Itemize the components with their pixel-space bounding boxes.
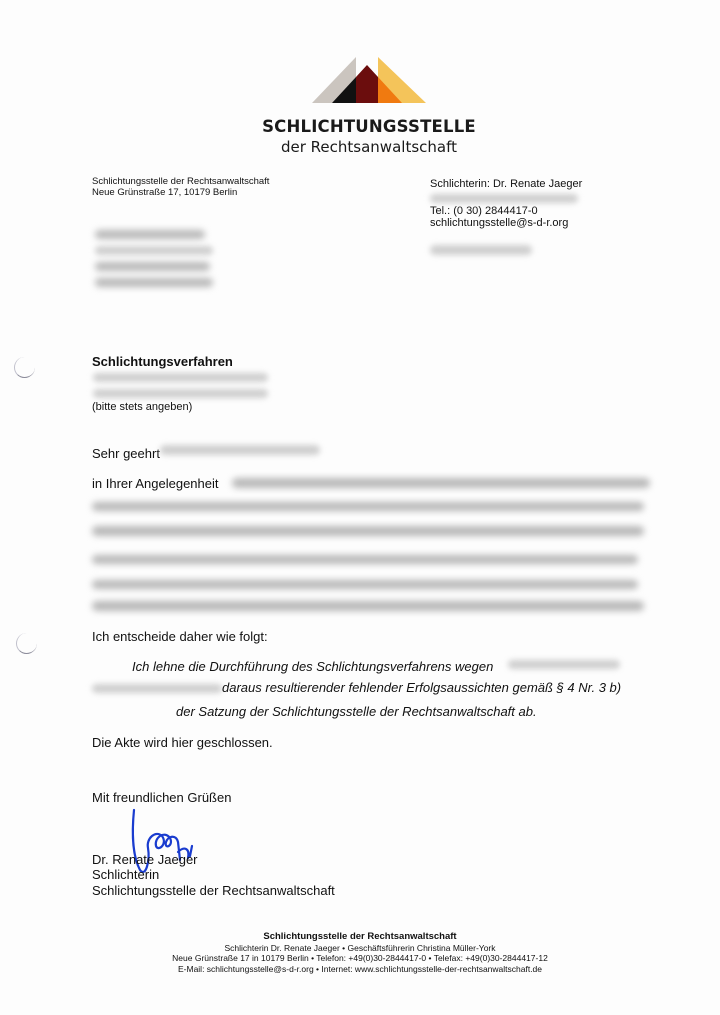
- redacted-paragraph: [232, 478, 650, 488]
- decision-line: Ich lehne die Durchführung des Schlichtu…: [132, 659, 493, 674]
- redacted-reason: [92, 684, 222, 693]
- redacted-recipient: [95, 246, 213, 255]
- redacted-recipient: [95, 230, 205, 239]
- redacted-name: [160, 445, 320, 455]
- decision-line: daraus resultierender fehlender Erfolgsa…: [222, 680, 621, 695]
- footer: Schlichtungsstelle der Rechtsanwaltschaf…: [0, 932, 720, 974]
- redacted-date: [430, 245, 532, 255]
- redacted-reference: [93, 389, 268, 398]
- reference-note: (bitte stets angeben): [92, 401, 192, 413]
- org-subtitle: der Rechtsanwaltschaft: [0, 138, 720, 156]
- footer-line: Neue Grünstraße 17 in 10179 Berlin • Tel…: [0, 953, 720, 964]
- salutation: Sehr geehrt: [92, 446, 160, 461]
- redacted-reference: [93, 373, 268, 382]
- footer-line: E-Mail: schlichtungsstelle@s-d-r.org • I…: [0, 964, 720, 975]
- mediator-name: Schlichterin: Dr. Renate Jaeger: [430, 178, 582, 191]
- sender-line: Neue Grünstraße 17, 10179 Berlin: [92, 187, 269, 198]
- subject-title: Schlichtungsverfahren: [92, 354, 233, 369]
- redacted-recipient: [95, 278, 213, 287]
- phone: Tel.: (0 30) 2844417-0: [430, 205, 582, 218]
- redacted-line: [430, 194, 578, 203]
- matter-intro: in Ihrer Angelegenheit: [92, 476, 218, 491]
- email: schlichtungsstelle@s-d-r.org: [430, 217, 582, 230]
- redacted-recipient: [95, 262, 210, 271]
- decision-line: der Satzung der Schlichtungsstelle der R…: [176, 704, 537, 719]
- punch-hole-mark-icon: [14, 357, 35, 378]
- decision-intro: Ich entscheide daher wie folgt:: [92, 629, 268, 644]
- redacted-paragraph: [92, 580, 638, 589]
- punch-hole-mark-icon: [16, 633, 37, 654]
- footer-line: Schlichterin Dr. Renate Jaeger • Geschäf…: [0, 943, 720, 954]
- redacted-paragraph: [92, 601, 644, 611]
- signer-role: Schlichterin: [92, 867, 159, 882]
- contact-block: Schlichterin: Dr. Renate Jaeger Tel.: (0…: [430, 178, 582, 230]
- sender-address: Schlichtungsstelle der Rechtsanwaltschaf…: [92, 176, 269, 198]
- signer-name: Dr. Renate Jaeger: [92, 852, 198, 867]
- redacted-paragraph: [92, 526, 644, 536]
- signer-org: Schlichtungsstelle der Rechtsanwaltschaf…: [92, 883, 335, 898]
- sender-line: Schlichtungsstelle der Rechtsanwaltschaf…: [92, 176, 269, 187]
- redacted-paragraph: [92, 555, 638, 564]
- redacted-reason: [508, 660, 620, 669]
- closing-statement: Die Akte wird hier geschlossen.: [92, 735, 273, 750]
- org-name: SCHLICHTUNGSSTELLE: [0, 117, 720, 136]
- triangles-logo-icon: [312, 55, 430, 105]
- redacted-paragraph: [92, 502, 644, 511]
- footer-title: Schlichtungsstelle der Rechtsanwaltschaf…: [0, 932, 720, 943]
